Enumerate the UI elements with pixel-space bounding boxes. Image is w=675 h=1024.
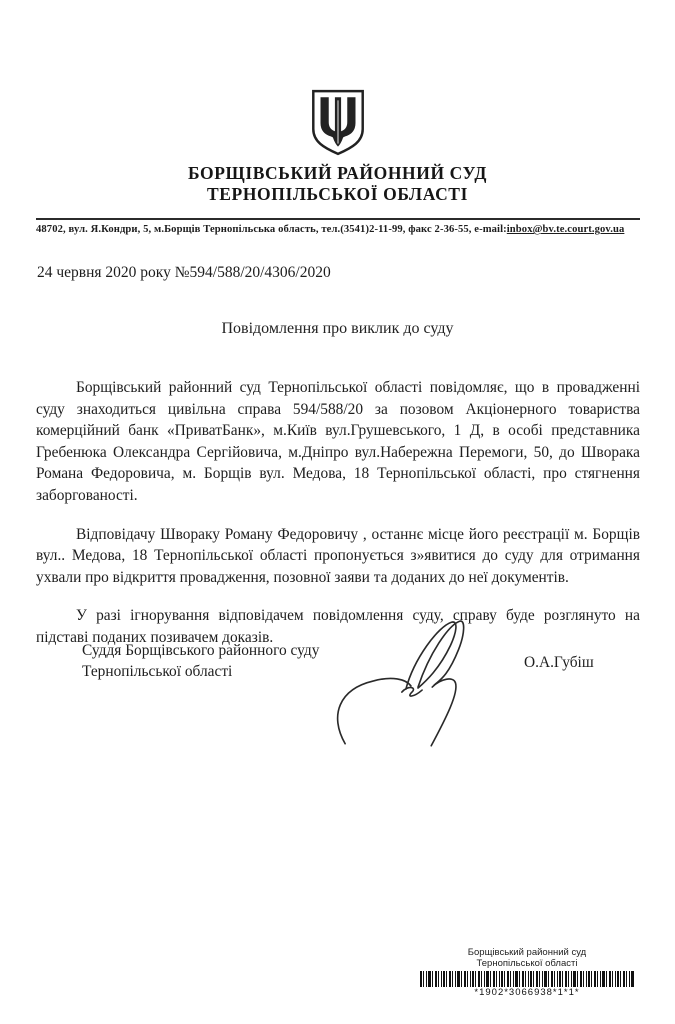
contact-text: 48702, вул. Я.Кондри, 5, м.Борщів Терноп… [36, 224, 507, 235]
judge-title-line1: Суддя Борщівського районного суду [82, 640, 319, 661]
barcode-label-line1: Борщівський районний суд [420, 947, 634, 958]
document-body: Борщівський районний суд Тернопільської … [36, 377, 640, 649]
document-title: Повідомлення про виклик до суду [0, 320, 675, 338]
judge-title-line2: Тернопільської області [82, 661, 319, 682]
judge-title: Суддя Борщівського районного суду Терноп… [82, 640, 319, 682]
court-name-line1: БОРЩІВСЬКИЙ РАЙОННИЙ СУД [0, 163, 675, 184]
handwritten-signature [333, 618, 495, 752]
ukraine-trident-icon [307, 88, 369, 158]
paragraph-case-info: Борщівський районний суд Тернопільської … [36, 377, 640, 507]
barcode-label-line2: Тернопільської області [420, 958, 634, 969]
court-contact-line: 48702, вул. Я.Кондри, 5, м.Борщів Терноп… [36, 224, 642, 235]
signature-block: Суддя Борщівського районного суду Терноп… [0, 640, 675, 770]
date-case-number: 24 червня 2020 року №594/588/20/4306/202… [37, 264, 331, 282]
barcode-number: *1902*3066938*1*1* [420, 987, 634, 998]
scanned-court-document: БОРЩІВСЬКИЙ РАЙОННИЙ СУД ТЕРНОПІЛЬСЬКОЇ … [0, 0, 675, 1024]
paragraph-summons: Відповідачу Швораку Роману Федоровичу , … [36, 524, 640, 589]
court-email-link[interactable]: inbox@bv.te.court.gov.ua [507, 224, 625, 235]
barcode-icon [420, 971, 634, 987]
court-name-heading: БОРЩІВСЬКИЙ РАЙОННИЙ СУД ТЕРНОПІЛЬСЬКОЇ … [0, 163, 675, 205]
header-divider [36, 218, 640, 220]
coat-of-arms-container [0, 88, 675, 158]
court-name-line2: ТЕРНОПІЛЬСЬКОЇ ОБЛАСТІ [0, 184, 675, 205]
judge-name: О.А.Губіш [524, 654, 594, 672]
barcode-block: Борщівський районний суд Тернопільської … [420, 947, 634, 998]
